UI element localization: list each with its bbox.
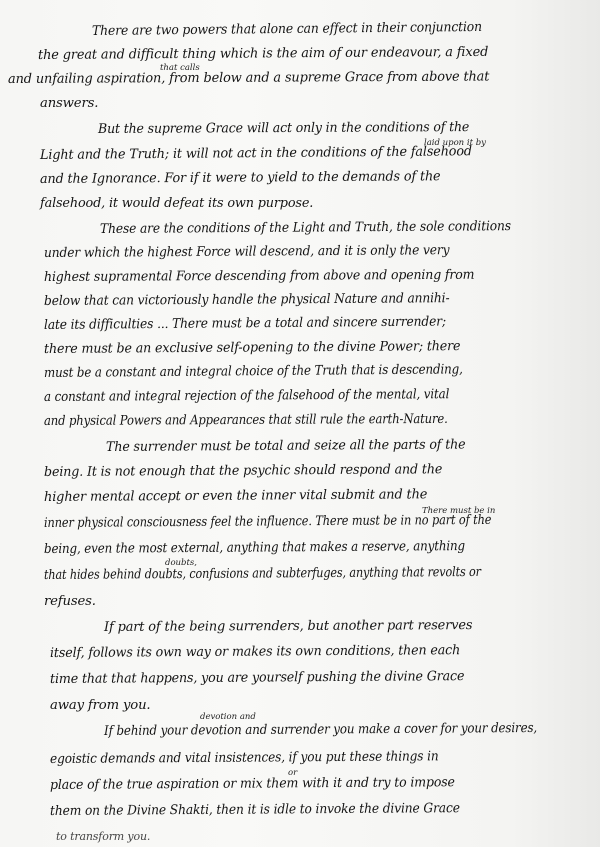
text-line: to transform you. xyxy=(56,830,150,843)
text-line: them on the Divine Shakti, then it is id… xyxy=(50,801,460,819)
text-line: place of the true aspiration or mix them… xyxy=(50,775,455,793)
text-line: If behind your devotion and surrender yo… xyxy=(104,721,537,739)
text-line: egoistic demands and vital insistences, … xyxy=(50,749,439,767)
manuscript-tail: If behind your devotion and surrender yo… xyxy=(0,0,600,847)
